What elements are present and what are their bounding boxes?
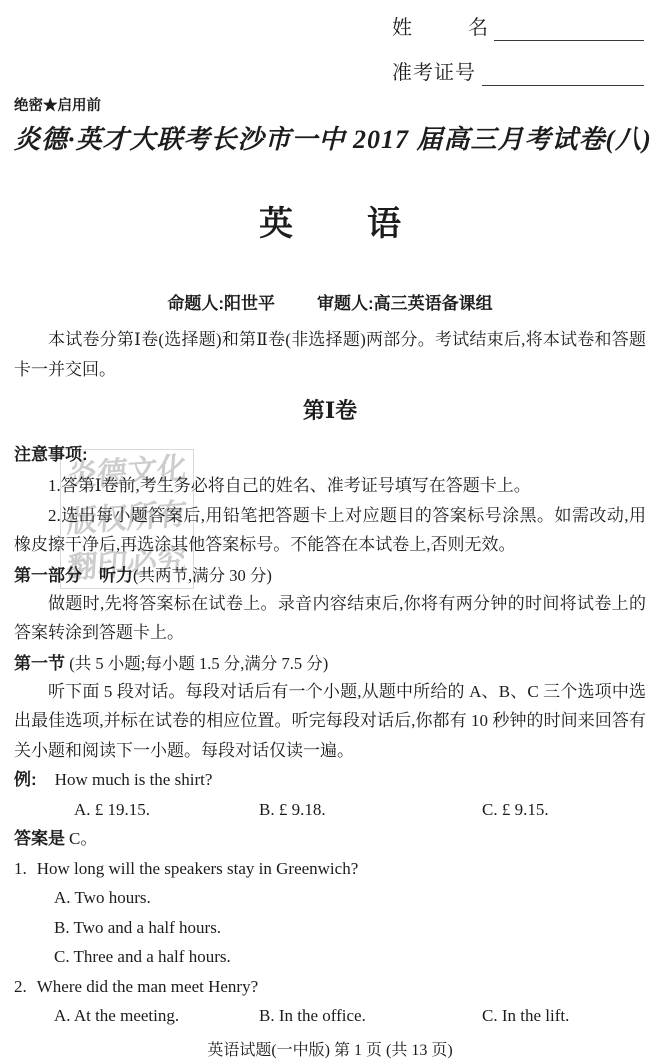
part1-heading-title: 第一部分 听力 — [14, 566, 133, 585]
notice-list: 1.答第Ⅰ卷前,考生务必将自己的姓名、准考证号填写在答题卡上。 2.选出每小题答… — [14, 471, 646, 560]
example-answer-line: 答案是C。 — [14, 824, 646, 854]
intro-paragraph: 本试卷分第Ⅰ卷(选择题)和第Ⅱ卷(非选择题)两部分。考试结束后,将本试卷和答题卡… — [14, 325, 646, 384]
setter-line: 命题人:阳世平 审题人:高三英语备课组 — [14, 292, 646, 316]
reviewer-label: 审题人:高三英语备课组 — [317, 292, 493, 316]
question-2-option-b: B. In the office. — [259, 1001, 482, 1031]
example-option-b: B. £ 9.18. — [259, 795, 482, 825]
question-1-number: 1. — [14, 859, 27, 878]
part1-heading-note: (共两节,满分 30 分) — [133, 566, 272, 585]
notice-item-2: 2.选出每小题答案后,用铅笔把答题卡上对应题目的答案标号涂黑。如需改动,用橡皮擦… — [14, 501, 646, 560]
question-2-number: 2. — [14, 977, 27, 996]
notice-title: 注意事项: — [14, 443, 646, 467]
section1-instructions: 听下面 5 段对话。每段对话后有一个小题,从题中所给的 A、B、C 三个选项中选… — [14, 677, 646, 766]
section1-subheading: 第一节 (共 5 小题;每小题 1.5 分,满分 7.5 分) — [14, 651, 646, 677]
question-2-option-a: A. At the meeting. — [54, 1001, 259, 1031]
question-1-text: How long will the speakers stay in Green… — [37, 859, 359, 878]
answer-label: 答案是 — [14, 829, 65, 848]
example-option-a: A. £ 19.15. — [74, 795, 259, 825]
exam-paper-page: 炎德文化 版权所有 翻印必究 姓 名 准考证号 绝密★启用前 炎德·英才大联考长… — [0, 0, 660, 1061]
example-question: 例: How much is the shirt? — [14, 765, 646, 795]
question-1-option-c: C. Three and a half hours. — [14, 942, 646, 972]
answer-value: C。 — [69, 829, 97, 848]
notice-item-1: 1.答第Ⅰ卷前,考生务必将自己的姓名、准考证号填写在答题卡上。 — [14, 471, 646, 501]
question-2-text: Where did the man meet Henry? — [37, 977, 258, 996]
part1-heading: 第一部分 听力(共两节,满分 30 分) — [14, 563, 646, 589]
subject-title: 英 语 — [14, 204, 646, 244]
question-2: 2.Where did the man meet Henry? — [14, 972, 646, 1002]
example-question-text: How much is the shirt? — [55, 765, 213, 795]
volume-heading: 第Ⅰ卷 — [14, 394, 646, 428]
proposer-label: 命题人:阳世平 — [167, 292, 275, 316]
question-2-option-c: C. In the lift. — [482, 1001, 569, 1031]
question-1-option-a: A. Two hours. — [14, 883, 646, 913]
subject-title-char2: 语 — [367, 204, 401, 244]
section1-subheading-title: 第一节 — [14, 654, 65, 673]
listening-instructions: 做题时,先将答案标在试卷上。录音内容结束后,你将有两分钟的时间将试卷上的答案转涂… — [14, 589, 646, 648]
question-1: 1.How long will the speakers stay in Gre… — [14, 854, 646, 884]
question-1-option-b: B. Two and a half hours. — [14, 913, 646, 943]
subject-title-char1: 英 — [259, 204, 293, 244]
example-label: 例: — [14, 765, 37, 795]
section1-subheading-note: (共 5 小题;每小题 1.5 分,满分 7.5 分) — [69, 654, 328, 673]
example-option-c: C. £ 9.15. — [482, 795, 549, 825]
secrecy-notice: 绝密★启用前 — [14, 0, 646, 115]
page-footer: 英语试题(一中版) 第 1 页 (共 13 页) — [14, 1039, 646, 1061]
exam-title: 炎德·英才大联考长沙市一中 2017 届高三月考试卷(八) — [14, 122, 646, 158]
question-2-options-row: A. At the meeting. B. In the office. C. … — [14, 1001, 646, 1031]
example-options-row: A. £ 19.15. B. £ 9.18. C. £ 9.15. — [14, 795, 646, 825]
document-content: 绝密★启用前 炎德·英才大联考长沙市一中 2017 届高三月考试卷(八) 英 语… — [14, 0, 646, 1061]
